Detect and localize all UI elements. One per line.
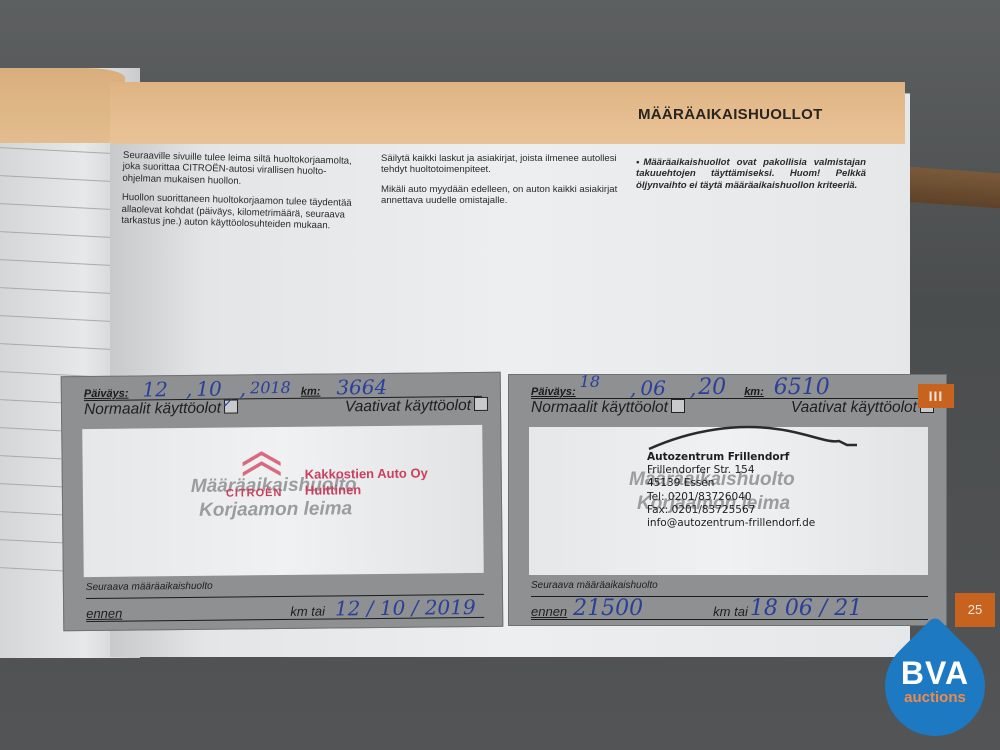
normal-conditions-checkbox[interactable]: ✓ <box>224 399 238 413</box>
bva-logo: BVA auctions <box>885 636 985 736</box>
next-date[interactable]: 18 06 / 21 <box>750 599 862 619</box>
before-label: ennen <box>86 606 122 621</box>
next-km[interactable]: 21500 <box>573 599 713 619</box>
service-record-2: Päiväys: 18 , 06 , 20 km: 6510 Normaalit… <box>508 374 947 626</box>
intro-column-2: Säilytä kaikki laskut ja asiakirjat, joi… <box>381 153 621 215</box>
service-record-1: Päiväys: 12 , 10 , 2018 km: 3664 Normaal… <box>61 372 504 632</box>
intro-paragraph: Säilytä kaikki laskut ja asiakirjat, joi… <box>381 153 621 176</box>
demanding-conditions-checkbox[interactable] <box>474 397 488 411</box>
wood-edge <box>905 167 1000 209</box>
intro-paragraph: Huollon suorittaneen huoltokorjaamon tul… <box>121 192 362 232</box>
before-row: ennen 21500 km tai 18 06 / 21 <box>531 597 928 620</box>
notice-column: •Määräaikaishuollot ovat pakollisia valm… <box>636 157 866 191</box>
page-number: 25 <box>955 593 995 627</box>
stamp-line5: Fax: 0201/83725567 <box>647 504 815 517</box>
intro-paragraph: Seuraaville sivuille tulee leima siltä h… <box>122 150 363 190</box>
bva-logo-subtitle: auctions <box>885 690 985 706</box>
stamp-line2: Huittinen <box>305 482 361 498</box>
next-service-row: Seuraava määräaikaishuolto <box>531 580 928 597</box>
date-month[interactable]: 10 <box>196 379 222 399</box>
car-silhouette-icon <box>629 423 869 453</box>
stamp-brand: CITROËN <box>226 487 283 500</box>
stamp-line1: Kakkostien Auto Oy <box>305 465 428 481</box>
bullet-icon: • <box>636 157 639 168</box>
before-label: ennen <box>531 604 567 619</box>
dealer-stamp: Autozentrum Frillendorf Frillendorfer St… <box>647 451 815 530</box>
conditions-row: Normaalit käyttöolot Vaativat käyttöolot <box>531 399 934 417</box>
next-date[interactable]: 12 / 10 / 2019 <box>335 597 476 618</box>
date-month[interactable]: 06 <box>640 378 665 398</box>
before-row: ennen km tai 12 / 10 / 2019 <box>86 595 484 622</box>
bva-logo-title: BVA <box>885 656 985 690</box>
notice-text: Määräaikaishuollot ovat pakollisia valmi… <box>636 157 866 191</box>
next-km[interactable] <box>140 619 290 621</box>
date-day[interactable]: 12 <box>142 379 168 399</box>
km-label: km: <box>301 386 321 398</box>
km-or-label: km tai <box>290 604 325 619</box>
km-or-label: km tai <box>713 604 748 619</box>
date-label: Päiväys: <box>531 386 576 398</box>
demanding-conditions-label: Vaativat käyttöolot <box>791 399 917 416</box>
section-tab: III <box>918 384 954 408</box>
conditions-row: Normaalit käyttöolot✓ Vaativat käyttöolo… <box>84 397 488 419</box>
km-label: km: <box>744 386 764 398</box>
date-year[interactable]: 20 <box>698 378 726 398</box>
stamp-placeholder-line2: Korjaamon leima <box>199 498 352 522</box>
stamp-area: Määräaikaishuolto Korjaamon leima CITROË… <box>82 425 484 577</box>
intro-paragraph: Mikäli auto myydään edelleen, on auton k… <box>381 184 621 207</box>
normal-conditions-checkbox[interactable] <box>671 399 685 413</box>
date-day[interactable]: 18 <box>580 372 600 392</box>
left-page-header-band <box>0 68 125 143</box>
stamp-area: Määräaikaishuolto Korjaamon leima Autoze… <box>529 427 928 575</box>
normal-conditions-label: Normaalit käyttöolot <box>84 400 221 418</box>
date-year[interactable]: 2018 <box>250 378 291 398</box>
demanding-conditions-label: Vaativat käyttöolot <box>345 397 471 415</box>
normal-conditions-label: Normaalit käyttöolot <box>531 399 668 416</box>
stamp-line6: info@autozentrum-frillendorf.de <box>647 517 815 530</box>
date-row: Päiväys: 18 , 06 , 20 km: 6510 <box>531 378 928 399</box>
km-value[interactable]: 6510 <box>774 378 830 398</box>
stamp-line2: Frillendorfer Str. 154 <box>647 464 815 477</box>
stamp-line1: Autozentrum Frillendorf <box>647 451 815 464</box>
page-title: MÄÄRÄAIKAISHUOLLOT <box>638 106 823 123</box>
intro-column-1: Seuraaville sivuille tulee leima siltä h… <box>121 150 363 241</box>
stamp-line3: 45139 Essen <box>647 477 815 490</box>
next-service-label: Seuraava määräaikaishuolto <box>86 581 213 593</box>
date-label: Päiväys: <box>84 388 129 400</box>
km-value[interactable]: 3664 <box>336 377 387 398</box>
next-service-label: Seuraava määräaikaishuolto <box>531 580 658 591</box>
stamp-line4: Tel: 0201/83726040 <box>647 491 815 504</box>
